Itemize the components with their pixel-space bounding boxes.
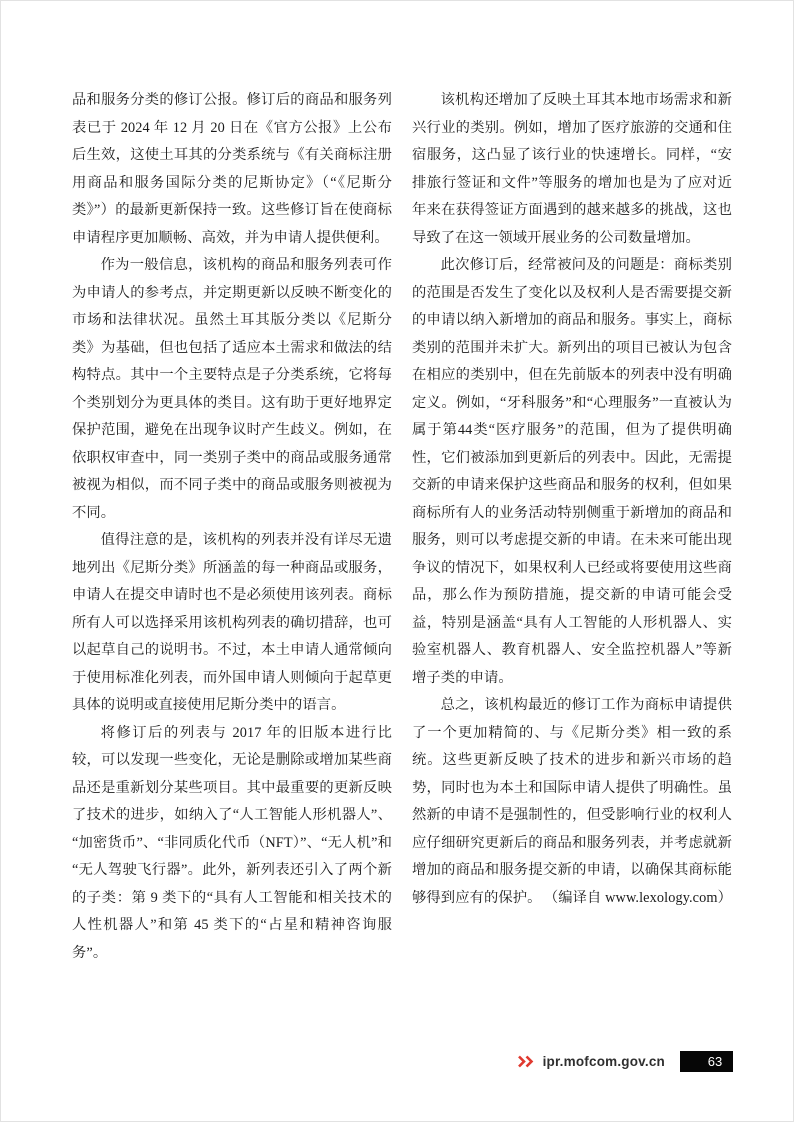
source-attribution: （编译自 www.lexology.com）	[515, 885, 732, 913]
paragraph-text: 总之，该机构最近的修订工作为商标申请提供了一个更加精简的、与《尼斯分类》相一致的…	[412, 697, 732, 906]
body-paragraph: 该机构还增加了反映土耳其本地市场需求和新兴行业的类别。例如，增加了医疗旅游的交通…	[412, 87, 732, 252]
body-paragraph: 将修订后的列表与 2017 年的旧版本进行比较，可以发现一些变化，无论是删除或增…	[72, 720, 392, 968]
left-column: 品和服务分类的修订公报。修订后的商品和服务列表已于 2024 年 12 月 20…	[72, 87, 392, 967]
body-paragraph: 值得注意的是，该机构的列表并没有详尽无遗地列出《尼斯分类》所涵盖的每一种商品或服…	[72, 527, 392, 720]
right-column: 该机构还增加了反映土耳其本地市场需求和新兴行业的类别。例如，增加了医疗旅游的交通…	[412, 87, 732, 912]
body-paragraph: 品和服务分类的修订公报。修订后的商品和服务列表已于 2024 年 12 月 20…	[72, 87, 392, 252]
footer-website: ipr.mofcom.gov.cn	[543, 1054, 665, 1069]
double-chevron-icon	[517, 1055, 536, 1068]
page-number-badge: 63	[680, 1051, 733, 1072]
page-number: 63	[708, 1054, 722, 1069]
body-paragraph: 作为一般信息，该机构的商品和服务列表可作为申请人的参考点，并定期更新以反映不断变…	[72, 252, 392, 527]
body-paragraph: 总之，该机构最近的修订工作为商标申请提供了一个更加精简的、与《尼斯分类》相一致的…	[412, 692, 732, 912]
page-footer: ipr.mofcom.gov.cn 63	[517, 1050, 733, 1072]
document-page: 品和服务分类的修订公报。修订后的商品和服务列表已于 2024 年 12 月 20…	[0, 0, 794, 1122]
body-paragraph: 此次修订后，经常被问及的问题是：商标类别的范围是否发生了变化以及权利人是否需要提…	[412, 252, 732, 692]
